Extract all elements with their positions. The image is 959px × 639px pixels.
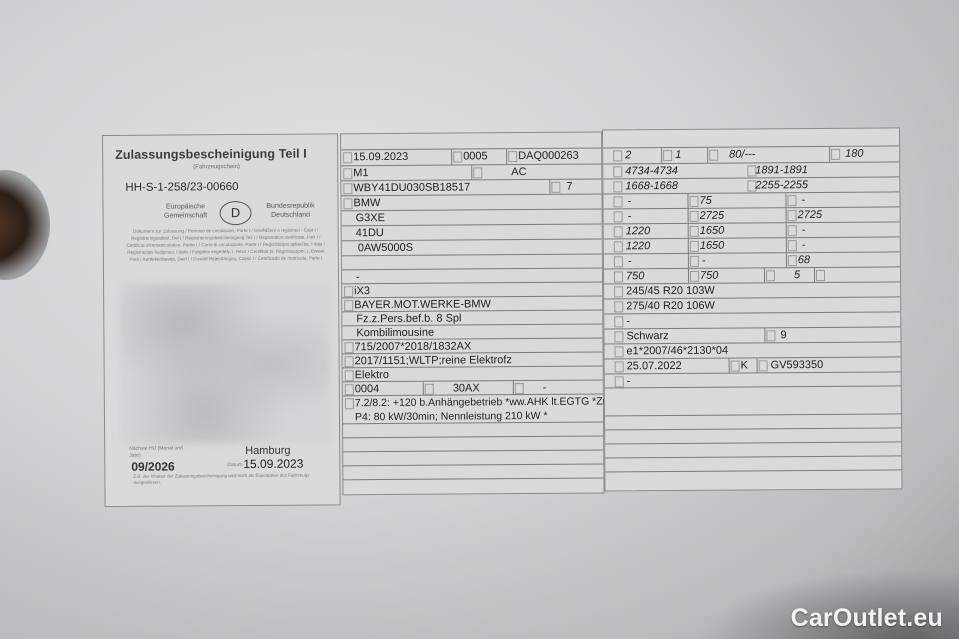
tyre-rear: 275/40 R20 106W bbox=[626, 299, 715, 314]
type: G3XE bbox=[356, 211, 385, 225]
bottom-note: Z.B. der Inhaber der Zulassungsbescheini… bbox=[133, 472, 329, 485]
r2c1: - bbox=[628, 209, 632, 223]
field-code-box bbox=[508, 151, 517, 162]
approval-letter: K bbox=[741, 358, 748, 372]
vin: WBY41DU030SB18517 bbox=[353, 180, 470, 195]
fuel-code: 0004 bbox=[355, 382, 380, 395]
r3c2: 1650 bbox=[700, 224, 725, 238]
r3c1: 1220 bbox=[626, 224, 651, 238]
right-panel: 2 1 80/--- 180 4734-4734 1891-1891 1668-… bbox=[602, 127, 903, 491]
r1c3: - bbox=[801, 193, 805, 207]
emission-extra: - bbox=[543, 381, 547, 394]
r1c1: - bbox=[627, 194, 631, 208]
empty-row bbox=[343, 479, 603, 495]
blank-dash: - bbox=[356, 270, 360, 283]
header-row bbox=[603, 128, 899, 148]
registration-number: HH-S-1-258/23-00660 bbox=[125, 181, 238, 194]
row-registration: 15.09.2023 0005 DAQ000263 bbox=[341, 149, 601, 167]
empty-row bbox=[605, 470, 901, 486]
body-type: Kombilimousine bbox=[356, 326, 434, 340]
r1c2: 75 bbox=[699, 194, 711, 208]
tyre-front: 245/45 R20 103W bbox=[626, 284, 715, 299]
emission-regulation: 2017/1151;WLTP;reine Elektrofz bbox=[355, 353, 512, 367]
country-code-oval: D bbox=[219, 201, 251, 225]
r2c2: 2725 bbox=[700, 209, 725, 223]
vehicle-class: M1 bbox=[353, 166, 368, 180]
driven-axles: 1 bbox=[675, 148, 681, 163]
issue-date: 15.09.2023 bbox=[243, 457, 303, 471]
final-dash: - bbox=[627, 374, 631, 387]
multilingual-fineprint: Dokument zur Zulassung / Permiso de circ… bbox=[126, 226, 326, 262]
validity-section: Nächste HU (Monat und Jahr) 09/2026 Hamb… bbox=[117, 434, 333, 496]
finger-shadow bbox=[0, 170, 50, 280]
redacted-owner-area bbox=[120, 282, 331, 443]
field-code-box bbox=[343, 152, 352, 163]
country-label: Bundesrepublik Deutschland bbox=[255, 201, 325, 219]
first-registration: 15.09.2023 bbox=[353, 150, 408, 165]
trade-name: iX3 bbox=[354, 284, 370, 297]
r5c2: - bbox=[702, 254, 706, 268]
issuing-city: Hamburg bbox=[245, 445, 290, 457]
axles: 2 bbox=[625, 148, 631, 163]
r4c2: 1650 bbox=[700, 239, 725, 253]
make: BMW bbox=[353, 196, 380, 210]
caroutlet-watermark: CarOutlet.eu bbox=[791, 604, 943, 633]
length: 4734-4734 bbox=[625, 164, 678, 178]
registration-certificate: Zulassungsbescheinigung Teil I (Fahrzeug… bbox=[102, 127, 903, 508]
remarks-line-2: P4: 80 kW/30min; Nennleistung 210 kW * bbox=[355, 409, 548, 423]
valid-until-label: Nächste HU (Monat und Jahr) bbox=[129, 445, 189, 459]
r6c2: 750 bbox=[700, 269, 718, 283]
r5c1: - bbox=[628, 254, 632, 268]
emission-code: 30AX bbox=[453, 381, 480, 394]
eu-label: Europäische Gemeinschaft bbox=[155, 202, 215, 220]
type-approval: e1*2007/46*2130*04 bbox=[626, 344, 728, 359]
header-row bbox=[341, 133, 601, 151]
power-ratio: 80/--- bbox=[729, 147, 755, 162]
height: 1668-1668 bbox=[625, 179, 678, 193]
middle-panel: 15.09.2023 0005 DAQ000263 M1 AC WBY41DU0… bbox=[340, 132, 605, 496]
max-mass: 2255-2255 bbox=[755, 178, 808, 192]
width: 1891-1891 bbox=[755, 163, 808, 177]
body-code: AC bbox=[511, 165, 526, 179]
tyre-extra: - bbox=[626, 314, 630, 328]
document-subtitle: (Fahrzeugschein) bbox=[193, 164, 240, 170]
manufacturer-code: 0005 bbox=[463, 149, 488, 164]
fuel: Elektro bbox=[355, 368, 389, 381]
r4c3: - bbox=[802, 238, 806, 252]
variant: 41DU bbox=[356, 226, 384, 240]
approval-date: 25.07.2022 bbox=[627, 359, 682, 373]
version: 0AW5000S bbox=[358, 241, 413, 255]
r5c3: 68 bbox=[798, 253, 810, 267]
field-code-box bbox=[453, 151, 462, 162]
r2c3: 2725 bbox=[798, 208, 823, 222]
vin-check-digit: 7 bbox=[566, 180, 572, 194]
emission-class: 715/2007*2018/1832AX bbox=[354, 339, 471, 353]
type-code: DAQ000263 bbox=[518, 149, 579, 164]
r6c1: 750 bbox=[626, 269, 644, 283]
certificate-number: GV593350 bbox=[771, 358, 824, 372]
manufacturer: BAYER.MOT.WERKE-BMW bbox=[354, 297, 491, 311]
issue-date-prefix: Datum bbox=[227, 462, 242, 468]
color-code: 9 bbox=[780, 328, 786, 342]
vehicle-category: Fz.z.Pers.bef.b. 8 Spl bbox=[356, 311, 461, 325]
max-speed: 180 bbox=[845, 147, 863, 162]
r3c3: - bbox=[802, 223, 806, 237]
r4c1: 1220 bbox=[626, 239, 651, 253]
left-panel: Zulassungsbescheinigung Teil I (Fahrzeug… bbox=[102, 133, 341, 507]
r6c3: 5 bbox=[794, 268, 800, 282]
valid-until: 09/2026 bbox=[131, 460, 174, 474]
color: Schwarz bbox=[626, 329, 668, 343]
document-title: Zulassungsbescheinigung Teil I bbox=[115, 147, 307, 162]
